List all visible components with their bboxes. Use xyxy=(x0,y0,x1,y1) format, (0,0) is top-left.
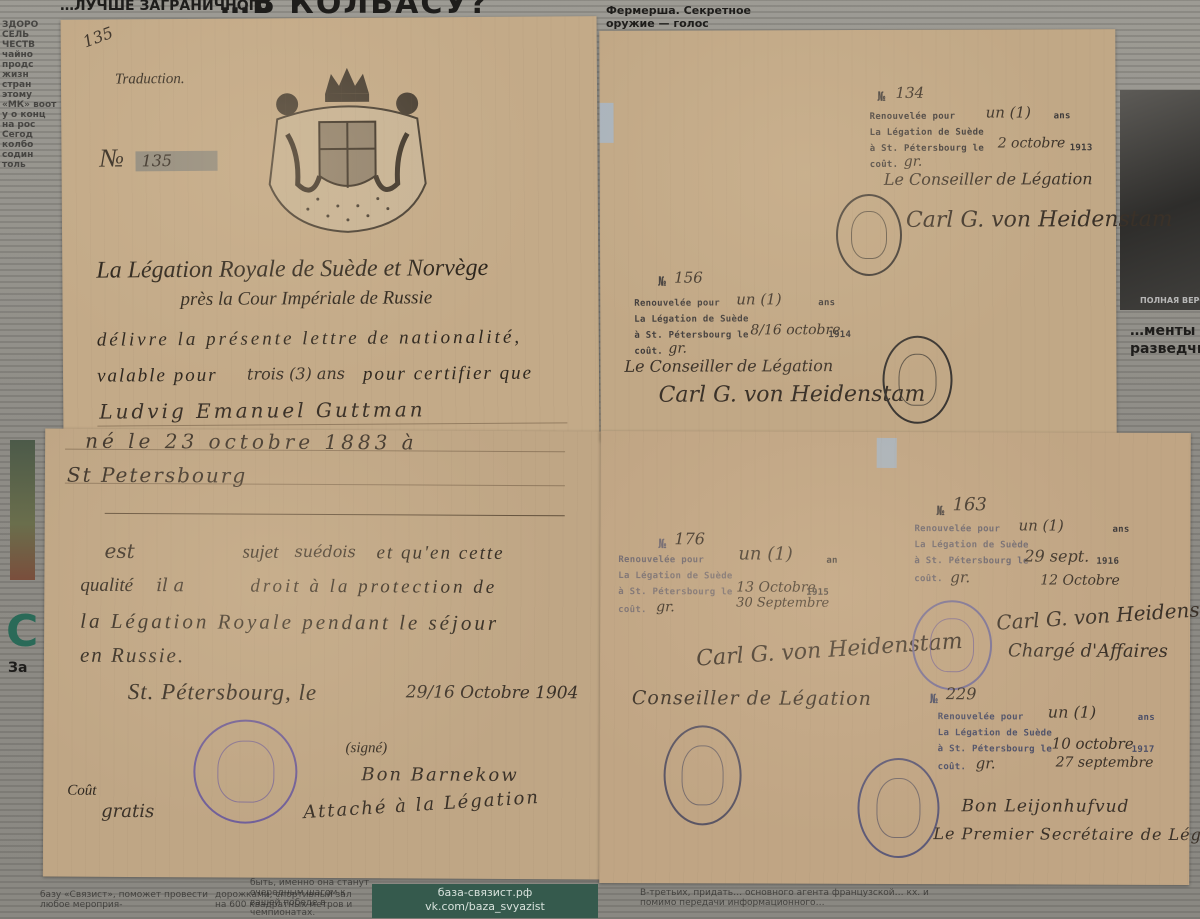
renewal-period: un (1) xyxy=(1018,516,1063,534)
document-sheet-top-left: 135 Traduction. № 135 La Légation Royale… xyxy=(61,16,600,440)
renewal-cout: gr. xyxy=(950,568,970,586)
renewal-period-suffix: ans xyxy=(1112,525,1129,535)
document-sheet-bottom-left: né le 23 octobre 1883 à St Petersbourg e… xyxy=(43,429,605,880)
royal-coat-of-arms-icon xyxy=(257,63,438,234)
legation-stamp-violet xyxy=(193,719,298,824)
renewal-renewed-label: Renouvelée pour xyxy=(914,524,1000,534)
renewal-stamp xyxy=(857,758,939,858)
renewal-cout-label: coût. xyxy=(914,574,943,584)
newspaper-teaser: Фермерша. Секретное оружие — голос xyxy=(606,4,756,30)
renewal-number: 229 xyxy=(946,684,977,703)
body-line-est: est xyxy=(104,539,134,563)
renewal-cout-label: coût. xyxy=(938,762,967,772)
renewal-number: 176 xyxy=(674,529,705,548)
renewal-renewed-label: Renouvelée pour xyxy=(938,712,1024,722)
stamp-crest-icon xyxy=(681,745,724,805)
newspaper-photo-caption: ПОЛНАЯ ВЕРСИЯ на сайте xyxy=(1140,296,1200,306)
stamp-crest-icon xyxy=(217,740,274,802)
stamp-crest-icon xyxy=(930,618,974,672)
document-sheet-top-right: № 134 Renouvelée pour un (1) ans La Léga… xyxy=(599,29,1116,441)
renewal-cout-label: coût. xyxy=(618,605,647,615)
renewal-stamp xyxy=(882,336,952,424)
renewal-period-suffix: ans xyxy=(1138,713,1155,723)
number-label: № xyxy=(99,143,124,173)
renewal-date: 2 octobre xyxy=(998,135,1066,151)
renewal-renewed-label: Renouvelée pour xyxy=(618,555,704,565)
renewal-cout: gr. xyxy=(976,754,996,772)
renewal-stamp xyxy=(836,194,902,276)
paper-tear-fold xyxy=(877,438,897,468)
signatory-title: Attaché à la Légation xyxy=(303,787,541,823)
holder-name: Ludvig Emanuel Guttman xyxy=(99,397,426,423)
renewal-date-old-style: 30 Septembre xyxy=(736,595,829,610)
body-quality-suffix: droit à la protection de xyxy=(250,576,497,599)
issue-date: 29/16 Octobre 1904 xyxy=(406,682,579,703)
renewal-signature: Carl G. von Heidenstam xyxy=(996,595,1200,635)
heading-legation: La Légation Royale de Suède et Norvège xyxy=(96,255,488,285)
body-line-legation: la Légation Royale pendant le séjour xyxy=(80,609,499,636)
renewal-number: 134 xyxy=(895,84,924,102)
cout-value: gratis xyxy=(101,801,154,822)
renewal-place-label: à St. Pétersbourg le xyxy=(634,330,748,340)
newspaper-green-line1: база-связист.рф xyxy=(372,886,598,900)
renewal-signature: Bon Leijonhufvud xyxy=(961,796,1129,817)
body-line-delivers: délivre la présente lettre de nationalit… xyxy=(97,327,522,352)
corner-pencil-note: 135 xyxy=(80,23,115,51)
body-subject-suffix: et qu'en cette xyxy=(376,542,504,565)
renewal-period-suffix: ans xyxy=(1054,111,1071,121)
newspaper-bottom-mid2: быть, именно она станут очередным шагом … xyxy=(250,878,370,918)
place-date-prefix: St. Pétersbourg, le xyxy=(128,679,317,706)
renewal-cout-label: coût. xyxy=(870,160,899,170)
renewal-year: 1914 xyxy=(828,330,851,340)
newspaper-green-line2: vk.com/baza_svyazist xyxy=(372,900,598,914)
body-quality-prefix: qualité xyxy=(80,575,133,597)
renewal-title: Le Premier Secrétaire de Légation xyxy=(933,824,1200,844)
renewal-number: 163 xyxy=(952,494,986,515)
renewal-year: 1913 xyxy=(1070,143,1093,153)
newspaper-big-letter-sub: За xyxy=(8,660,27,676)
renewal-place-label: à St. Pétersbourg le xyxy=(938,744,1052,754)
renewal-number-label: № xyxy=(658,275,666,290)
renewal-title: Le Conseiller de Légation xyxy=(624,356,833,376)
renewal-number-label: № xyxy=(930,692,938,707)
newspaper-big-letter: С xyxy=(6,606,38,657)
renewal-year: 1916 xyxy=(1096,557,1119,567)
renewal-number-label: № xyxy=(936,504,944,519)
renewal-date: 10 octobre xyxy=(1052,735,1134,753)
newspaper-photo-left xyxy=(10,440,35,580)
cout-label: Coût xyxy=(67,783,96,800)
renewal-date: 13 Octobre xyxy=(736,579,816,595)
renewal-renewed-label: Renouvelée pour xyxy=(634,298,720,308)
stamp-crest-icon xyxy=(876,778,921,838)
renewal-cout: gr. xyxy=(668,341,687,357)
blank-line-rule xyxy=(105,513,565,516)
renewal-place-label: à St. Pétersbourg le xyxy=(618,587,732,597)
renewal-date-new-style: 12 Octobre xyxy=(1040,573,1120,589)
renewal-period: un (1) xyxy=(986,103,1031,121)
renewal-cout: gr. xyxy=(904,154,923,170)
renewal-period-suffix: ans xyxy=(818,298,835,308)
renewal-legation-label: La Légation de Suède xyxy=(870,128,984,138)
newspaper-photo-man xyxy=(1120,90,1200,310)
heading-court: près la Cour Impériale de Russie xyxy=(180,287,432,311)
renewal-stamp xyxy=(663,725,741,825)
renewal-title: Chargé d'Affaires xyxy=(1008,640,1168,662)
renewal-legation-label: La Légation de Suède xyxy=(914,540,1028,550)
renewal-legation-label: La Légation de Suède xyxy=(938,728,1052,738)
renewal-date: 8/16 octobre xyxy=(750,322,840,338)
stamp-crest-icon xyxy=(898,354,936,407)
newspaper-left-column: ЗДОРО СЕЛЬ ЧЕСТВ чайно продс жизн стран … xyxy=(2,20,57,170)
renewal-place-label: à St. Pétersbourg le xyxy=(914,556,1028,566)
renewal-stamp xyxy=(912,600,992,690)
stamp-crest-icon xyxy=(851,210,887,259)
body-quality-hand: il a xyxy=(156,575,184,596)
renewal-period-suffix: an xyxy=(826,556,837,566)
body-line-russia: en Russie. xyxy=(80,643,185,669)
newspaper-right-headline: …менты разведчи… xyxy=(1130,322,1200,358)
renewal-year: 1917 xyxy=(1132,745,1155,755)
renewal-legation-label: La Légation de Suède xyxy=(634,314,748,324)
renewal-cout-label: coût. xyxy=(634,347,663,357)
renewal-number: 156 xyxy=(674,269,703,287)
body-line-valid-hand: trois (3) ans xyxy=(247,364,345,384)
paper-tear-edge xyxy=(600,103,614,143)
renewal-period: un (1) xyxy=(1048,703,1096,722)
renewal-legation-label: La Légation de Suède xyxy=(618,571,732,581)
renewal-cout: gr. xyxy=(656,599,675,615)
body-line-valid-suffix: pour certifier que xyxy=(363,363,533,386)
signatory-name: Bon Barnekow xyxy=(361,764,518,786)
newspaper-green-box: база-связист.рф vk.com/baza_svyazist xyxy=(372,884,598,918)
renewal-date-old-style: 27 septembre xyxy=(1056,755,1154,771)
renewal-signature: Carl G. von Heidenstam xyxy=(906,207,1173,233)
newspaper-bottom-left: базу «Связист», поможет провести любое м… xyxy=(40,890,210,910)
traduction-label: Traduction. xyxy=(115,71,185,88)
renewal-date: 29 sept. xyxy=(1024,546,1089,565)
body-subject-hand: suédois xyxy=(294,542,355,561)
renewal-period: un (1) xyxy=(738,543,792,564)
newspaper-bottom-right: В-третьих, придать… основного агента фра… xyxy=(640,888,960,908)
number-value: 135 xyxy=(135,151,217,172)
renewal-number-label: № xyxy=(877,90,885,105)
body-line-valid-prefix: valable pour xyxy=(97,365,218,388)
body-subject-prefix: sujet xyxy=(242,542,278,564)
signed-label: (signé) xyxy=(345,740,387,757)
renewal-place-label: à St. Pétersbourg le xyxy=(870,144,984,154)
renewal-title: Conseiller de Légation xyxy=(632,687,872,710)
renewal-renewed-label: Renouvelée pour xyxy=(870,112,956,122)
document-sheet-bottom-right: № 176 Renouvelée pour un (1) an La Légat… xyxy=(599,431,1191,885)
renewal-number-label: № xyxy=(658,537,666,552)
renewal-period: un (1) xyxy=(736,290,781,308)
renewal-title: Le Conseiller de Légation xyxy=(884,169,1093,189)
